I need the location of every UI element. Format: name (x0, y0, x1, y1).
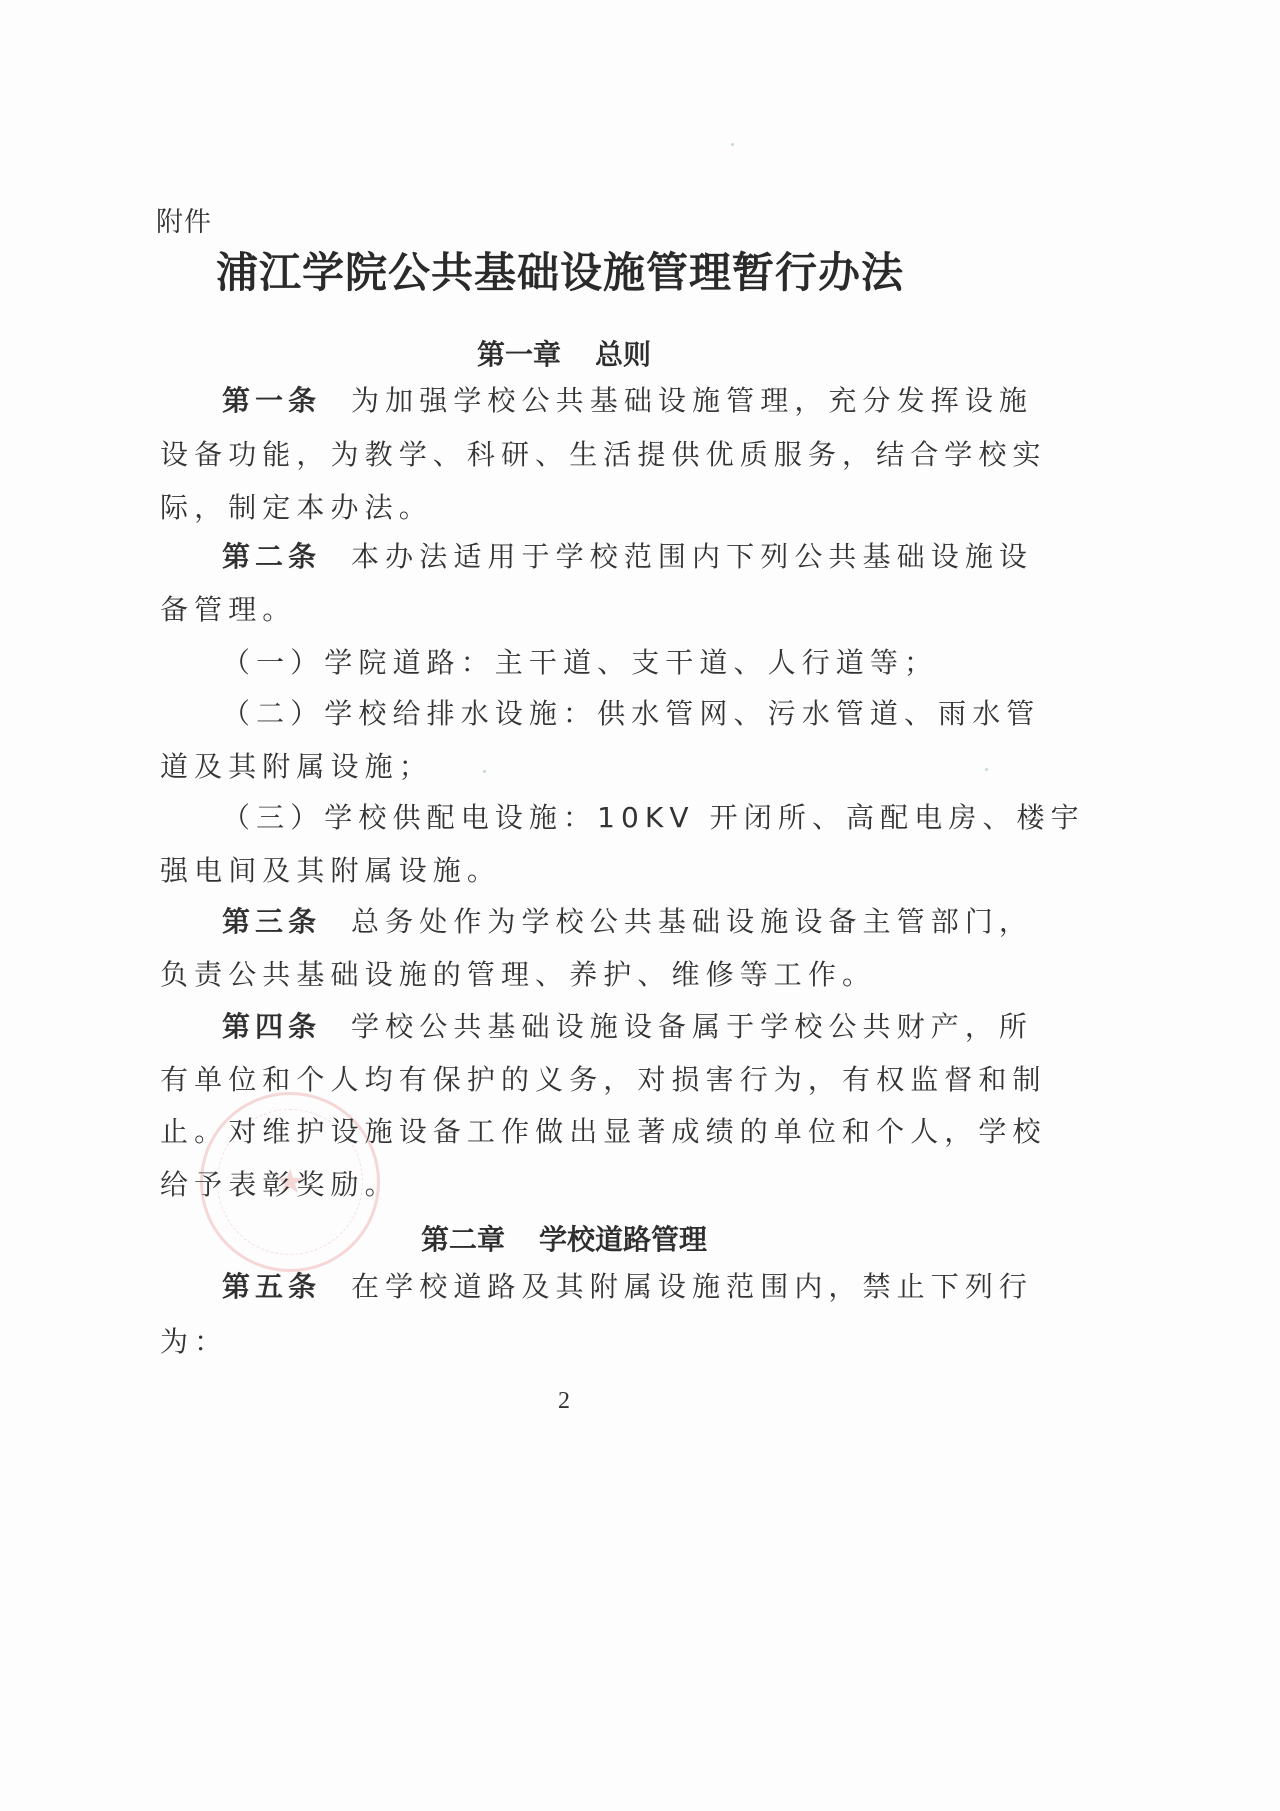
page-number: 2 (0, 1388, 1128, 1415)
line-text: 本办法适用于学校范围内下列公共基础设施设 (351, 540, 1033, 573)
scan-speck (985, 768, 988, 771)
list-item: （三）学校供配电设施：10KV 开闭所、高配电房、楼宇 (222, 801, 1085, 835)
paragraph-line: 强电间及其附属设施。 (160, 854, 501, 888)
paragraph-line: 第五条在学校道路及其附属设施范围内，禁止下列行 (222, 1270, 1033, 1304)
paragraph-line: 第二条本办法适用于学校范围内下列公共基础设施设 (222, 540, 1033, 574)
list-item: （二）学校给排水设施：供水管网、污水管道、雨水管 (222, 697, 1040, 731)
paragraph-line: 第三条总务处作为学校公共基础设施设备主管部门， (222, 905, 1033, 939)
chapter-name: 学校道路管理 (539, 1223, 707, 1256)
attachment-label: 附件 (156, 200, 212, 239)
chapter-name: 总则 (595, 338, 651, 371)
paragraph-line: 际，制定本办法。 (160, 491, 433, 525)
chapter-number: 第一章 (477, 338, 561, 371)
document-title: 浦江学院公共基础设施管理暂行办法 (0, 240, 1120, 300)
chapter-heading-1: 第一章总则 (0, 333, 1128, 373)
chapter-heading-2: 第二章学校道路管理 (0, 1218, 1128, 1258)
paragraph-line: 备管理。 (160, 593, 296, 627)
scan-speck (731, 143, 734, 146)
paragraph-line: 止。对维护设施设备工作做出显著成绩的单位和个人，学校 (160, 1115, 1047, 1149)
article-label: 第四条 (222, 1010, 321, 1043)
paragraph-line: 负责公共基础设施的管理、养护、维修等工作。 (160, 958, 876, 992)
paragraph-line: 第四条学校公共基础设施设备属于学校公共财产，所 (222, 1010, 1033, 1044)
article-label: 第一条 (222, 384, 321, 417)
paragraph-line: 有单位和个人均有保护的义务，对损害行为，有权监督和制 (160, 1063, 1047, 1097)
list-item: （一）学院道路：主干道、支干道、人行道等； (222, 646, 938, 680)
article-label: 第五条 (222, 1270, 321, 1303)
paragraph-line: 给予表彰奖励。 (160, 1168, 399, 1202)
scan-speck (483, 770, 486, 773)
paragraph-line: 道及其附属设施； (160, 750, 433, 784)
line-text: 学校公共基础设施设备属于学校公共财产，所 (351, 1010, 1033, 1043)
line-text: 总务处作为学校公共基础设施设备主管部门， (351, 905, 1033, 938)
article-label: 第三条 (222, 905, 321, 938)
line-text: 为加强学校公共基础设施管理，充分发挥设施 (351, 384, 1033, 417)
paragraph-line: 第一条为加强学校公共基础设施管理，充分发挥设施 (222, 384, 1033, 418)
line-text: 在学校道路及其附属设施范围内，禁止下列行 (351, 1270, 1033, 1303)
paragraph-line: 设备功能，为教学、科研、生活提供优质服务，结合学校实 (160, 438, 1047, 472)
paragraph-line: 为： (160, 1325, 228, 1359)
chapter-number: 第二章 (421, 1223, 505, 1256)
article-label: 第二条 (222, 540, 321, 573)
